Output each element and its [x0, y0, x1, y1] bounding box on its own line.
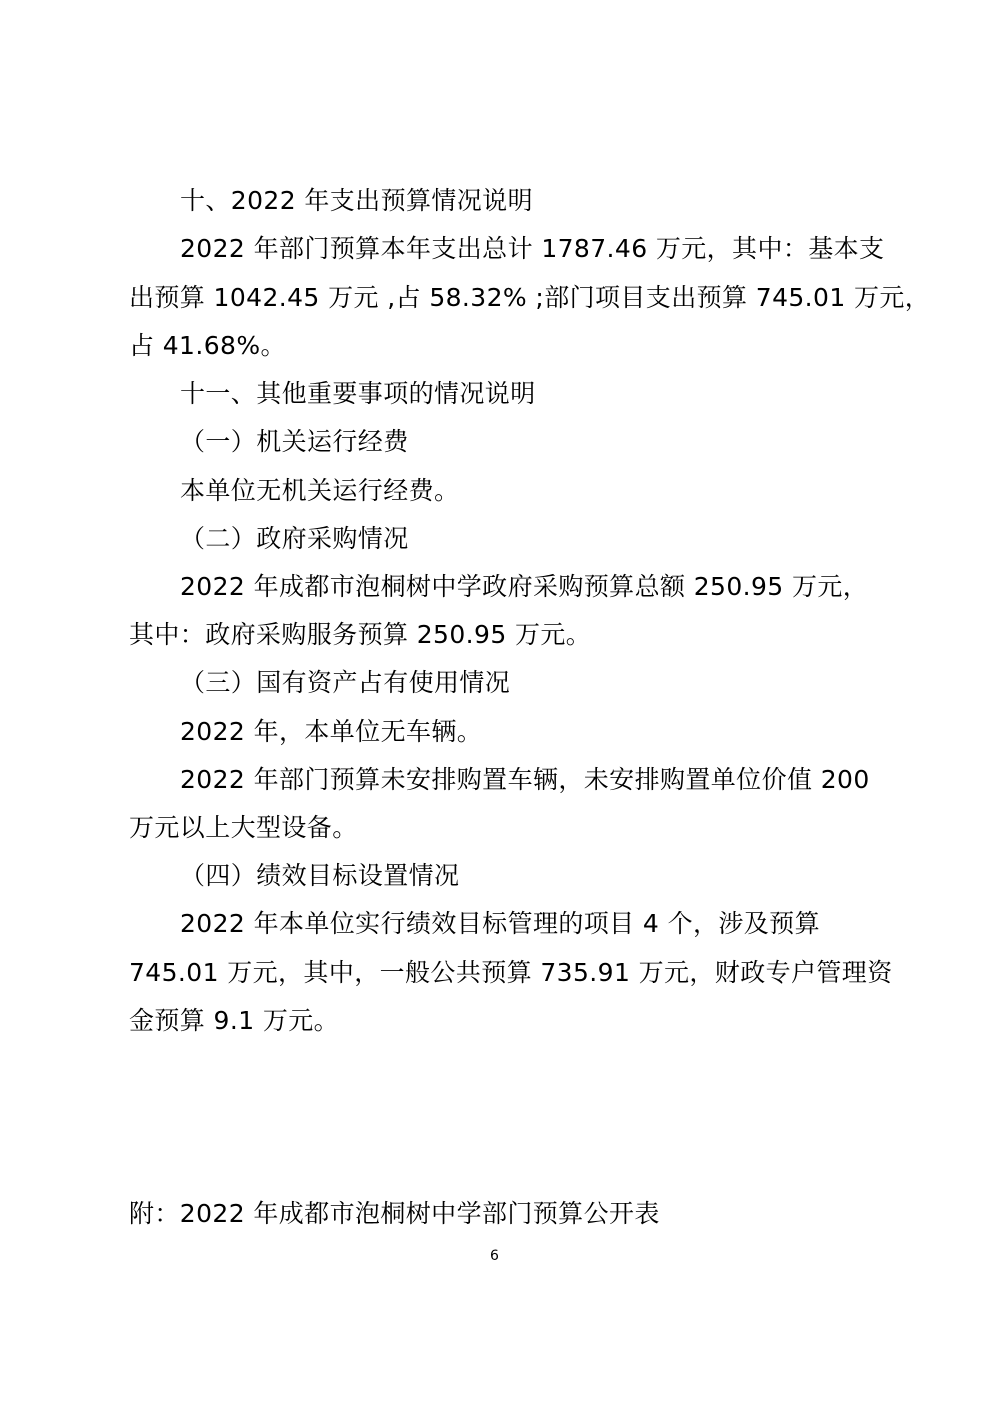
- subsection-4-heading: （四）绩效目标设置情况: [180, 861, 459, 891]
- subsection-3-text: 2022 年，本单位无车辆。: [180, 717, 482, 747]
- attachment-note: 附：2022 年成都市泡桐树中学部门预算公开表: [129, 1199, 660, 1229]
- section-11-heading: 十一、其他重要事项的情况说明: [180, 379, 536, 409]
- subsection-4-paragraph-line-3: 金预算 9.1 万元。: [129, 1006, 339, 1036]
- section-10-paragraph-line-1: 2022 年部门预算本年支出总计 1787.46 万元，其中：基本支: [180, 234, 864, 264]
- subsection-3-paragraph-line-2: 万元以上大型设备。: [129, 813, 358, 843]
- section-10-paragraph-line-3: 占 41.68%。: [129, 331, 286, 361]
- subsection-3-heading: （三）国有资产占有使用情况: [180, 668, 510, 698]
- section-10-paragraph-line-2: 出预算 1042.45 万元 ,占 58.32% ;部门项目支出预算 745.0…: [129, 283, 930, 313]
- page-number: 6: [490, 1248, 499, 1264]
- subsection-4-paragraph-line-2: 745.01 万元，其中，一般公共预算 735.91 万元，财政专户管理资: [129, 958, 893, 988]
- subsection-3-paragraph-line-1: 2022 年部门预算未安排购置车辆，未安排购置单位价值 200: [180, 765, 870, 795]
- subsection-2-paragraph-line-2: 其中：政府采购服务预算 250.95 万元。: [129, 620, 591, 650]
- subsection-4-paragraph-line-1: 2022 年本单位实行绩效目标管理的项目 4 个，涉及预算: [180, 909, 820, 939]
- subsection-1-text: 本单位无机关运行经费。: [180, 476, 459, 506]
- subsection-2-paragraph-line-1: 2022 年成都市泡桐树中学政府采购预算总额 250.95 万元，: [180, 572, 868, 602]
- section-10-heading: 十、2022 年支出预算情况说明: [180, 186, 533, 216]
- subsection-1-heading: （一）机关运行经费: [180, 427, 409, 457]
- subsection-2-heading: （二）政府采购情况: [180, 524, 409, 554]
